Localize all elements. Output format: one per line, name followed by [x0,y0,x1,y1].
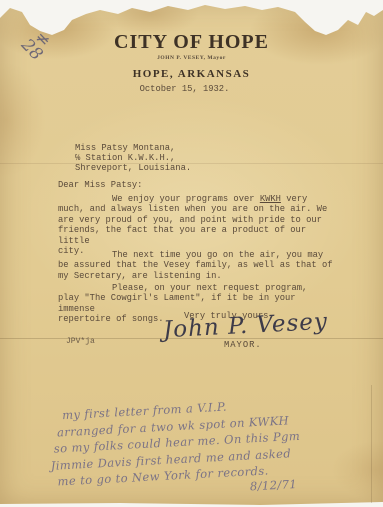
letterhead: CITY OF HOPE JOHN P. VESEY, Mayor HOPE, … [0,31,383,80]
scanned-letter: ≠ 28 CITY OF HOPE JOHN P. VESEY, Mayor H… [0,0,383,507]
letterhead-subtitle: JOHN P. VESEY, Mayor [0,55,383,61]
recipient-address: Miss Patsy Montana, ℅ Station K.W.K.H., … [75,144,191,173]
paragraph-text: We enjoy your programs over [112,194,260,204]
body-paragraph-2: The next time you go on the air, you may… [58,250,336,281]
edge-crease [371,385,372,503]
recipient-line: Shreveport, Louisiana. [75,164,191,174]
salutation: Dear Miss Patsy: [58,180,142,190]
letterhead-title: CITY OF HOPE [0,31,383,54]
station-callsign-underlined: KWKH [260,194,281,204]
body-paragraph-1: We enjoy your programs over KWKH very mu… [58,194,336,256]
letterhead-city-line: HOPE, ARKANSAS [0,68,383,80]
letter-date: October 15, 1932. [0,84,369,94]
typist-initials: JPV*ja [66,337,95,346]
handwritten-note: my first letter from a V.I.P. arranged f… [48,392,353,503]
signature-title: MAYOR. [224,340,262,350]
fold-crease-upper [0,163,383,164]
